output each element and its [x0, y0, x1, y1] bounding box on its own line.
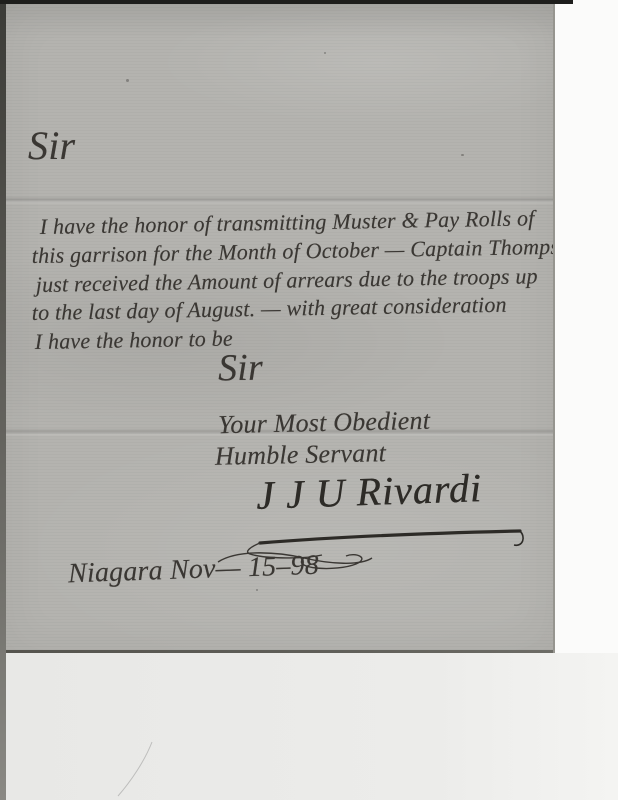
scanner-bed-below-sheet: [0, 653, 618, 800]
scan-edge-line-top: [0, 0, 573, 4]
paper-speck: [126, 79, 129, 82]
fold-crease-upper: [6, 196, 553, 205]
scanner-background-right: [555, 0, 618, 656]
scanned-letter-page: Sir I have the honor of transmitting Mus…: [0, 0, 618, 800]
paper-speck: [256, 589, 258, 591]
paper-speck: [461, 154, 464, 156]
letter-sheet: Sir I have the honor of transmitting Mus…: [6, 4, 555, 653]
letter-salutation: Sir: [28, 122, 75, 169]
letter-closing-line: Your Most Obedient: [218, 406, 431, 440]
paper-speck: [324, 52, 326, 54]
letter-body-line: to the last day of August. — with great …: [32, 292, 507, 326]
letter-dateline: Niagara Nov— 15–98: [68, 550, 320, 591]
signature-text: J J U Rivardi: [255, 464, 482, 519]
letter-body-line: I have the honor to be: [35, 326, 234, 355]
letter-closing-line: Humble Servant: [215, 438, 387, 472]
letter-closing-salutation: Sir: [218, 346, 264, 391]
scratch-mark: [100, 740, 190, 800]
